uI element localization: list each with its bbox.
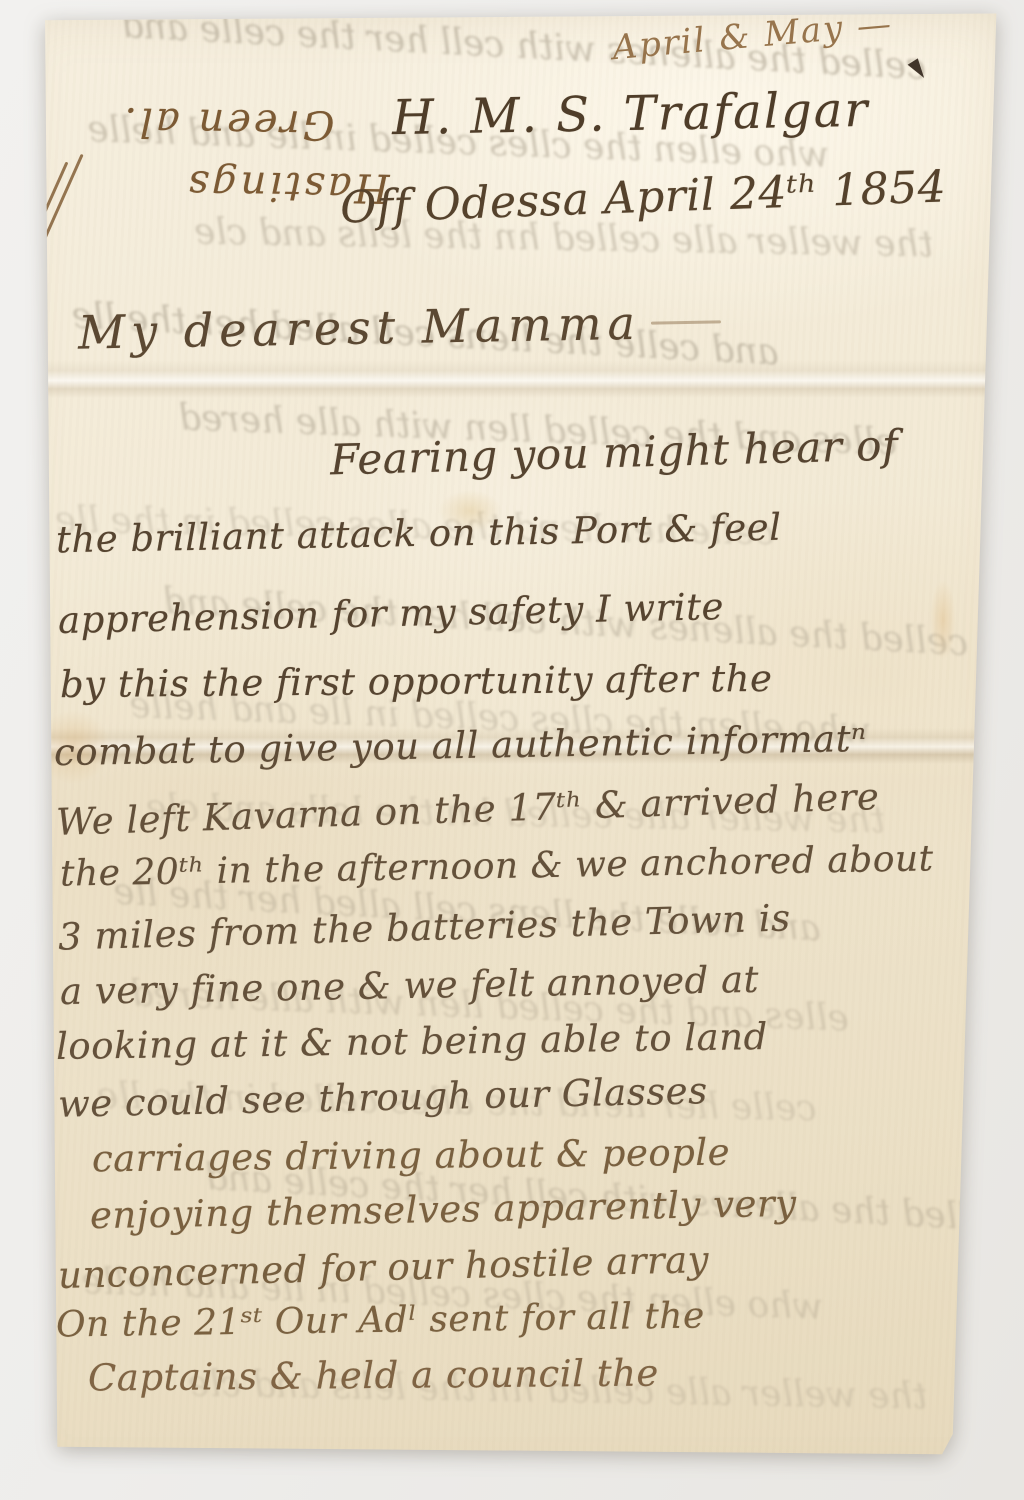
ship-name-heading: H. M. S. Trafalgar: [392, 82, 870, 146]
note-line: Green al.: [58, 89, 335, 156]
manuscript-line: unconcerned for our hostile array: [58, 1238, 710, 1297]
manuscript-line: looking at it & not being able to land: [56, 1015, 768, 1068]
docket-annotation: April & May —: [611, 4, 895, 68]
manuscript-line: Captains & held a council the: [88, 1352, 659, 1400]
manuscript-line: Fearing you might hear of: [329, 421, 898, 485]
manuscript-line: We left Kavarna on the 17ᵗʰ & arrived he…: [56, 775, 880, 844]
manuscript-line: 3 miles from the batteries the Town is: [58, 896, 791, 958]
manuscript-line: enjoying themselves apparently very: [90, 1182, 797, 1237]
paper-stain: [930, 580, 956, 660]
paper-sheet: celled the allenes with cell her the cel…: [0, 0, 1024, 1500]
letter-photograph: celled the allenes with cell her the cel…: [0, 0, 1024, 1500]
manuscript-line: apprehension for my safety I write: [58, 585, 725, 642]
dateline-heading: Off Odessa April 24ᵗʰ 1854: [339, 161, 947, 233]
manuscript-line: the 20ᵗʰ in the afternoon & we anchored …: [60, 838, 934, 894]
manuscript-line: combat to give you all authentic informa…: [54, 717, 867, 774]
manuscript-line: we could see through our Glasses: [58, 1069, 708, 1126]
manuscript-line: by this the first opportunity after the: [60, 657, 773, 706]
salutation: My dearest Mamma: [78, 294, 722, 359]
letter-page: celled the allenes with cell her the cel…: [0, 0, 1024, 1500]
manuscript-line: On the 21ˢᵗ Our Adˡ sent for all the: [56, 1295, 705, 1345]
manuscript-line: carriages driving about & people: [92, 1131, 730, 1181]
ink-blot: [908, 58, 929, 81]
manuscript-line: a very fine one & we felt annoyed at: [60, 958, 760, 1013]
fold-crease-upper: [40, 360, 990, 398]
manuscript-line: the brilliant attack on this Port & feel: [56, 506, 782, 562]
